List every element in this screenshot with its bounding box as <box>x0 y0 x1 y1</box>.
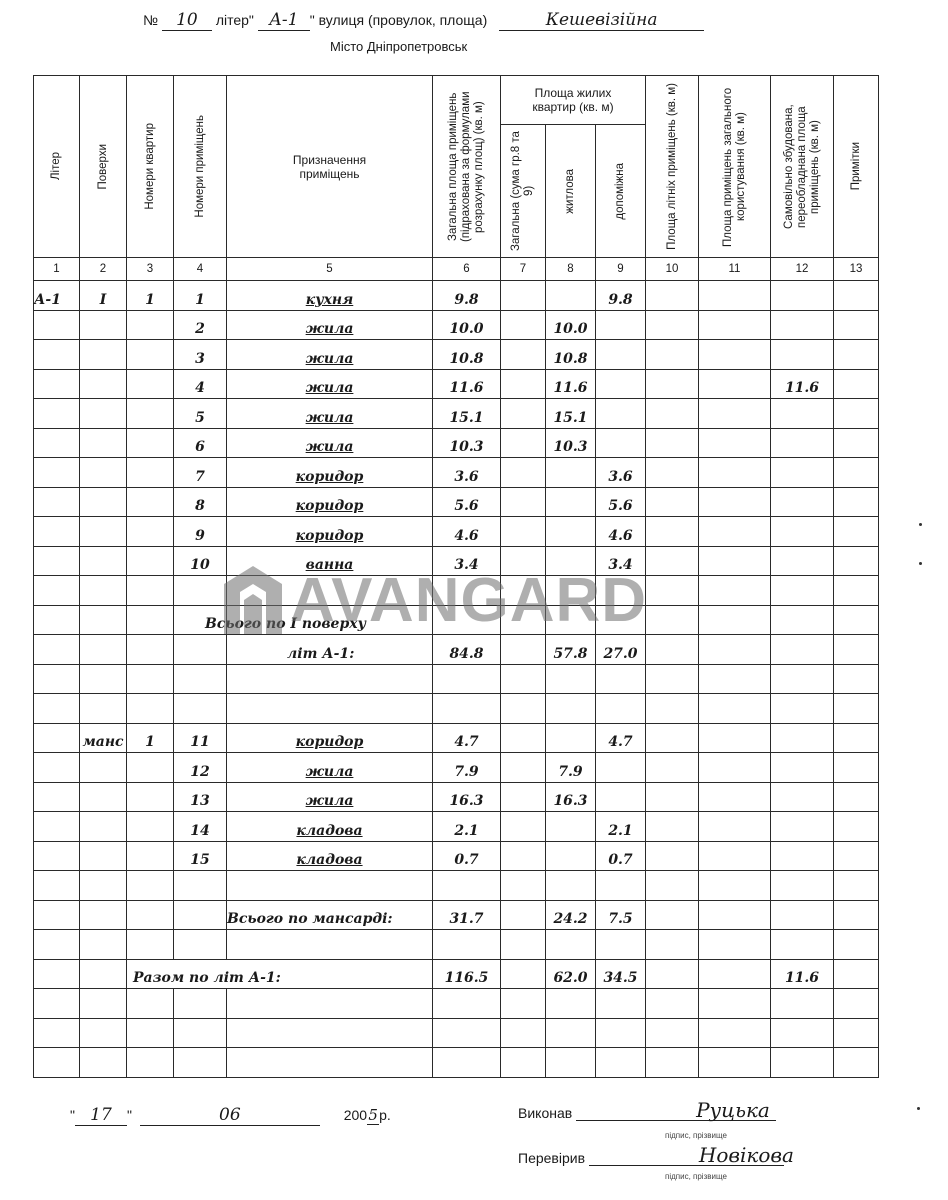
street-label: вулиця (провулок, площа) <box>319 12 488 28</box>
table-row: 10ванна3.4 3.4 <box>34 546 879 576</box>
date-year-unit: р. <box>379 1107 391 1123</box>
table-row: 8коридор5.6 5.6 <box>34 487 879 517</box>
checked-caption: підпис, прізвище <box>665 1172 727 1181</box>
table-row: А-1I1 1кухня9.8 9.8 <box>34 281 879 311</box>
subtotal-attic-total: 31.7 <box>433 900 501 930</box>
grand-total-row: Разом по літ А-1: 116.5 62.0 34.5 11.6 <box>34 959 879 989</box>
checked-signature: Новікова <box>589 1145 784 1166</box>
subtotal-attic-label: Всього по мансарді: <box>227 900 433 930</box>
date-line: "17" 06 2005р. <box>70 1105 391 1126</box>
scan-speck <box>919 523 922 526</box>
col-header-floors: Поверхи <box>80 76 127 258</box>
checked-label: Перевірив <box>518 1150 585 1166</box>
table-body: А-1I1 1кухня9.8 9.8 2жила10.0 10.0 3жила… <box>34 281 879 1078</box>
col-header-living: житлова <box>546 125 596 258</box>
table-row-empty <box>34 930 879 960</box>
table-row: 13жила16.3 16.3 <box>34 782 879 812</box>
table-row: 6жила10.3 10.3 <box>34 428 879 458</box>
col-header-apartment-numbers: Номери квартир <box>127 76 174 258</box>
table-row-empty <box>34 664 879 694</box>
table-row-empty <box>34 1018 879 1048</box>
grand-total-unauthorized: 11.6 <box>771 959 834 989</box>
table-row: 15кладова0.7 0.7 <box>34 841 879 871</box>
table-row-empty <box>34 576 879 606</box>
subtotal-floor1-total: 84.8 <box>433 635 501 665</box>
date-day: 17 <box>75 1105 127 1126</box>
number-label: № <box>143 12 158 28</box>
grand-total-living: 62.0 <box>546 959 596 989</box>
col-header-common-area: Площа приміщень загального користування … <box>699 76 771 258</box>
performed-name: Руцька <box>696 1098 770 1122</box>
subtotal-floor1-row: Всього по I поверху <box>34 605 879 635</box>
table-row: 9коридор4.6 4.6 <box>34 517 879 547</box>
performed-label: Виконав <box>518 1105 572 1121</box>
liter-label: літер <box>216 12 249 28</box>
document-header: № 10 літер" А-1" вулиця (провулок, площа… <box>143 10 704 31</box>
scan-speck <box>919 562 922 565</box>
col-header-unauthorized-area: Самовільно збудована, переобладнана площ… <box>771 76 834 258</box>
col-header-room-purpose: Призначення приміщень <box>227 76 433 258</box>
subtotal-floor1-label2: літ А-1: <box>227 635 433 665</box>
table-row-empty <box>34 989 879 1019</box>
number-value: 10 <box>162 10 212 31</box>
date-year-suffix: 5 <box>367 1106 379 1125</box>
checked-by-line: Перевірив Новікова <box>518 1145 784 1166</box>
table-row-empty <box>34 694 879 724</box>
col-header-liter: Літер <box>34 76 80 258</box>
col-header-total-area: Загальна площа приміщень (підрахована за… <box>433 76 501 258</box>
table-row: манс1 11коридор4.7 4.7 <box>34 723 879 753</box>
grand-total-label: Разом по літ А-1: <box>127 959 433 989</box>
col-header-auxiliary: допоміжна <box>596 125 646 258</box>
table-row: 2жила10.0 10.0 <box>34 310 879 340</box>
city-name: Місто Дніпропетровськ <box>330 39 467 54</box>
checked-name: Новікова <box>699 1143 794 1167</box>
scan-speck <box>917 1107 920 1110</box>
col-header-total-sum: Загальна (сума гр.8 та 9) <box>501 125 546 258</box>
liter-value: А-1 <box>258 10 310 31</box>
table-row: 7коридор3.6 3.6 <box>34 458 879 488</box>
col-header-room-numbers: Номери приміщень <box>174 76 227 258</box>
subtotal-attic-living: 24.2 <box>546 900 596 930</box>
col-header-notes: Примітки <box>834 76 879 258</box>
subtotal-floor1-values-row: літ А-1: 84.8 57.8 27.0 <box>34 635 879 665</box>
grand-total-total: 116.5 <box>433 959 501 989</box>
subtotal-floor1-aux: 27.0 <box>596 635 646 665</box>
table-row: 3жила10.8 10.8 <box>34 340 879 370</box>
subtotal-attic-aux: 7.5 <box>596 900 646 930</box>
performed-signature: Руцька <box>576 1100 776 1121</box>
table-row: 5жила15.1 15.1 <box>34 399 879 429</box>
table-row-empty <box>34 871 879 901</box>
subtotal-floor1-living: 57.8 <box>546 635 596 665</box>
street-value: Кешевізійна <box>499 10 704 31</box>
subtotal-floor1-label: Всього по I поверху <box>205 616 366 632</box>
col-header-residential-area-group: Площа жилих квартир (кв. м) <box>501 76 646 125</box>
date-year-prefix: 200 <box>344 1107 367 1123</box>
column-numbers-row: 123 456 789 101112 13 <box>34 258 879 281</box>
grand-total-aux: 34.5 <box>596 959 646 989</box>
table-row: 12жила7.9 7.9 <box>34 753 879 783</box>
date-month: 06 <box>140 1105 320 1126</box>
table-row: 4жила11.6 11.6 11.6 <box>34 369 879 399</box>
col-header-summer-area: Площа літніх приміщень (кв. м) <box>646 76 699 258</box>
subtotal-attic-row: Всього по мансарді: 31.7 24.2 7.5 <box>34 900 879 930</box>
table-row-empty <box>34 1048 879 1078</box>
performed-caption: підпис, прізвище <box>665 1131 727 1140</box>
room-explication-table: Літер Поверхи Номери квартир Номери прим… <box>33 75 879 1078</box>
performed-by-line: Виконав Руцька <box>518 1100 776 1121</box>
table-row: 14кладова2.1 2.1 <box>34 812 879 842</box>
